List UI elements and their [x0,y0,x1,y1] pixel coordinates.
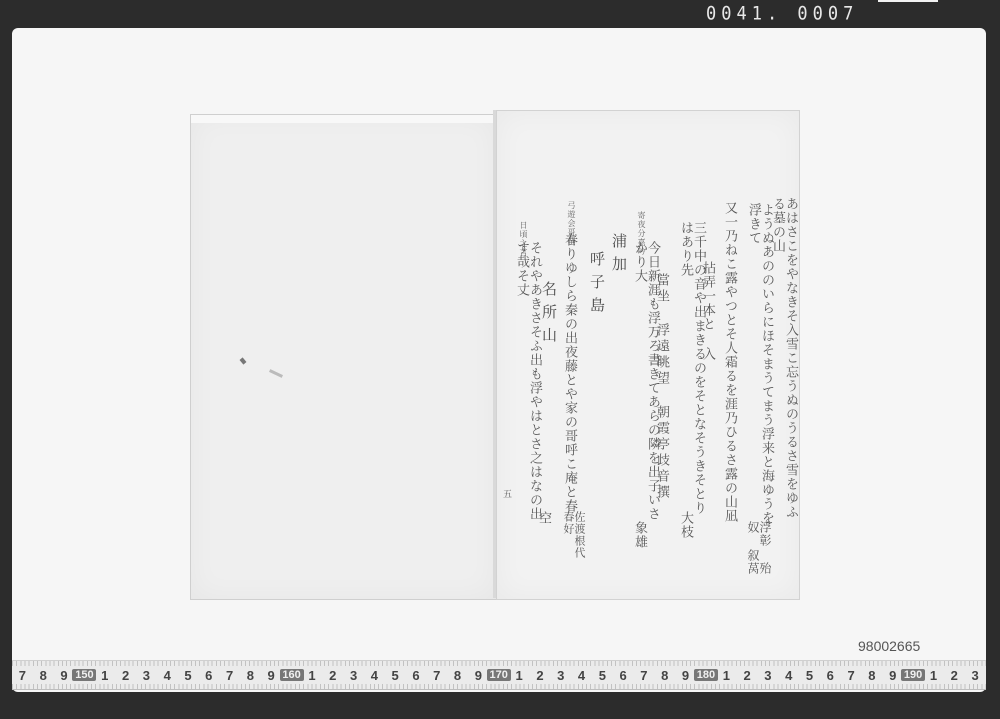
ruler-label: 8 [240,668,261,683]
text-column: 春りゆしら秦の出夜藤とや家の哥呼こ庵と春 [563,233,576,513]
ruler-label: 2 [944,668,965,683]
ruler-label: 3 [965,668,986,683]
ruler-label: 7 [219,668,240,683]
ruler-label: 3 [758,668,779,683]
ruler-label: 4 [778,668,799,683]
author-name: 空 [537,511,550,541]
ruler-label: 6 [613,668,634,683]
text-column: 三千中の音や出まきるのをそとなそうきそとりはあり先 [679,221,705,521]
text-column: 又一乃ねこ露やつとそ人霜るを涯乃ひるさ露の山凪 [723,201,736,531]
ruler-label: 5 [178,668,199,683]
author-name: 浮彰 殆奴 叙莴 [747,521,771,581]
ruler-tick-marks [12,684,986,689]
book-spread: あはさこをやなきそ入雪こ忘うぬのうるさ雪をゆふる墓の山 ようぬあののいらにほそま… [190,110,800,598]
frame-marker [878,0,938,2]
text-column: ようぬあののいらにほそまうてまう浮来と海ゆうを浮きて [747,203,773,533]
ruler-major-label: 180 [694,669,718,681]
ruler-label: 6 [406,668,427,683]
ruler-major-label: 160 [280,669,304,681]
author-name: 象雄 [633,521,646,561]
ruler-label: 4 [571,668,592,683]
author-name: 大枝 [679,511,692,551]
ruler-label: 1 [94,668,115,683]
ruler-label: 6 [198,668,219,683]
ruler-label: 4 [157,668,178,683]
author-name: 佐渡根代 春好 [563,511,585,571]
ruler-label: 9 [261,668,282,683]
ruler-label: 8 [447,668,468,683]
ruler-label: 2 [737,668,758,683]
archive-id-label: 98002665 [858,638,920,654]
paper-speck [269,369,283,378]
ruler-label: 8 [861,668,882,683]
ruler-label: 7 [634,668,655,683]
paper-speck [240,357,247,364]
ruler-label: 9 [54,668,75,683]
ruler-tick-marks [12,661,986,666]
left-page-blank [190,114,497,600]
ruler-label: 9 [882,668,903,683]
ruler-label: 9 [468,668,489,683]
section-title: 名所山 [541,281,556,351]
measurement-ruler: 7 8 9 150 1 2 3 4 5 6 7 8 9 160 1 2 3 4 … [12,660,986,690]
section-title: 呼子島 [589,251,604,331]
ruler-label: 7 [12,668,33,683]
ruler-label: 5 [385,668,406,683]
frame-counter: 0041. 0007 [706,3,858,25]
ruler-label: 2 [530,668,551,683]
ruler-label: 4 [364,668,385,683]
ruler-label: 3 [550,668,571,683]
text-column: あはさこをやなきそ入雪こ忘うぬのうるさ雪をゆふる墓の山 [771,197,797,527]
ruler-label: 5 [592,668,613,683]
ruler-major-label: 150 [72,669,96,681]
ruler-label: 1 [509,668,530,683]
section-title: 浦加 [611,233,626,303]
ruler-label: 7 [426,668,447,683]
ruler-label: 5 [799,668,820,683]
page-number: 五 [503,487,512,500]
ruler-major-label: 190 [901,669,925,681]
ruler-label: 8 [654,668,675,683]
ruler-label: 9 [675,668,696,683]
ruler-label: 3 [343,668,364,683]
text-column: それやあきさそふ出も浮やはとさ之はなの出す哉そ丈 [515,241,541,521]
ruler-label: 6 [820,668,841,683]
ruler-label: 1 [923,668,944,683]
ruler-label: 3 [136,668,157,683]
ruler-label: 7 [841,668,862,683]
ruler-label: 2 [322,668,343,683]
ruler-label: 8 [33,668,54,683]
ruler-label: 2 [115,668,136,683]
right-page: あはさこをやなきそ入雪こ忘うぬのうるさ雪をゆふる墓の山 ようぬあののいらにほそま… [496,110,800,600]
ruler-label: 1 [302,668,323,683]
ruler-major-label: 170 [487,669,511,681]
ruler-label: 1 [716,668,737,683]
text-column: 今日新涯も浮万ろ書きてあらの隣を出子いさかり大 [633,241,659,521]
